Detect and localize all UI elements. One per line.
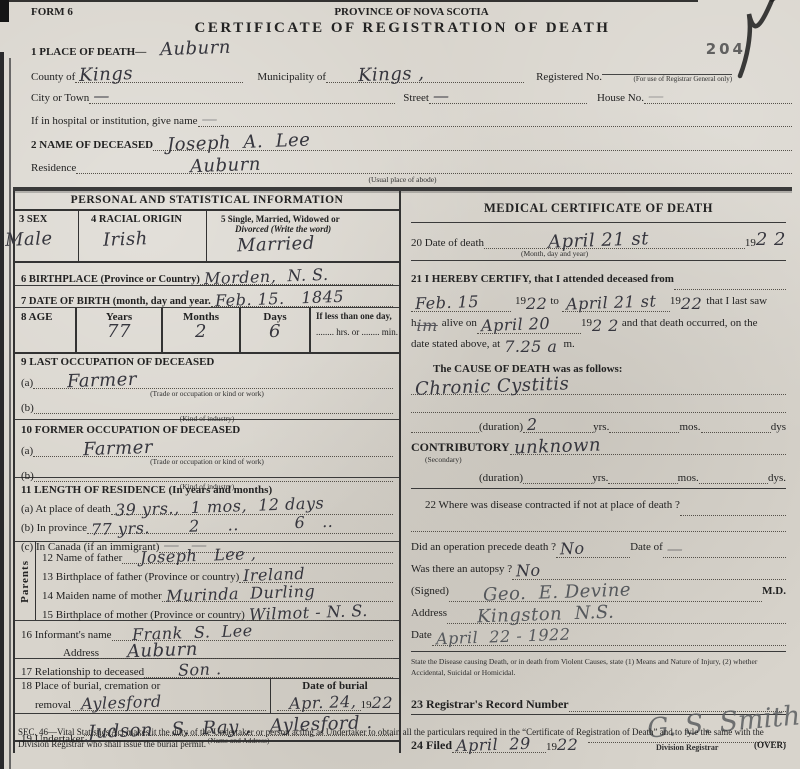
residence-length-title: 11 LENGTH OF RESIDENCE (In years and mon… [21,484,393,496]
informant-block: 16 Informant's name Frank S. Lee Address… [15,621,399,659]
burial-place-label-1: 18 Place of burial, cremation or [21,680,266,692]
burial-date-value: Apr. 24, [289,694,357,712]
scan-top-edge [0,0,698,2]
vital-statistics-note: SEC. 46—Vital Statistics Act makes it th… [18,726,786,750]
cause-title: The CAUSE OF DEATH was as follows: [411,363,786,375]
dod-year-prefix: 19 [745,237,756,249]
occ10b-label: (b) [21,470,34,482]
relationship-value: Son . [178,662,222,680]
birthplace-label: 6 BIRTHPLACE (Province or Country) [21,274,200,285]
operation-date-value: — [667,539,684,558]
duration2-label: (duration) [479,472,523,484]
time-of-death-value: 7.25 a [504,339,557,355]
tail1-text: and that death occurred, on the [622,313,758,334]
street-value: — [433,86,450,105]
marital-label-line1: 5 Single, Married, Widowed or [207,214,399,224]
operation-date-label: Date of [630,537,663,558]
form-header-row: FORM 6 PROVINCE OF NOVA SCOTIA [13,6,792,18]
yr3-value: 2 2 [592,318,619,334]
age-days-value: 6 [269,323,281,341]
sex-racial-marital-row: 3 SEX Male 4 RACIAL ORIGIN Irish 5 Singl… [15,211,399,263]
occ9a-value: Farmer [67,371,138,391]
province-heading: PROVINCE OF NOVA SCOTIA [181,6,642,18]
document-title: CERTIFICATE OF REGISTRATION OF DEATH [13,20,792,37]
yr2-value: 22 [681,296,702,312]
racial-origin-value: Irish [103,231,148,251]
name-of-deceased-row: 2 NAME OF DECEASED Joseph A. Lee [13,131,792,151]
occ9a-label: (a) [21,377,33,389]
md-label: M.D. [762,581,786,602]
county-row: County of Kings Municipality of Kings , … [13,62,792,83]
burial-row: 18 Place of burial, cremation or removal… [15,679,399,714]
length-of-residence-block: 11 LENGTH OF RESIDENCE (In years and mon… [15,478,399,542]
mos2-label: mos. [678,472,699,484]
name-of-deceased-label: 2 NAME OF DECEASED [31,139,153,151]
mother-birthplace-value: Wilmot - N. S. [249,603,368,623]
yrs-label: yrs. [593,421,609,433]
place-of-death-value: Auburn [160,39,231,59]
date-of-death-block: 20 Date of death April 21 st 19 2 2 (Mon… [411,223,786,261]
city-value: — [93,86,110,105]
parents-label: Parents [19,560,31,603]
operation-label: Did an operation precede death ? [411,537,556,558]
over-label: (OVER) [754,740,786,750]
sex-label: 3 SEX [15,214,78,225]
registered-no-note: (For use of Registrar General only) [602,75,732,83]
relationship-label: 17 Relationship to deceased [21,666,144,678]
age-label: 8 AGE [21,311,52,323]
attended-to-value: April 21 st [566,294,657,313]
birthplace-value: Morden, N. S. [204,267,329,287]
occ9b-label: (b) [21,402,34,414]
medical-section-title: MEDICAL CERTIFICATE OF DEATH [411,191,786,223]
certificate-date-label: Date [411,625,432,646]
registered-no-field [602,62,732,75]
city-label: City or Town [31,92,89,104]
residence-row: Residence Auburn [13,154,792,174]
sex-value: Male [5,231,53,251]
physician-address-label: Address [411,603,447,624]
m-label: m. [563,334,574,355]
certify-paragraph: 21 I HEREBY CERTIFY, that I attended dec… [411,269,786,355]
disease-questions-block: 22 Where was disease contracted if not a… [411,495,786,652]
form-number: FORM 6 [13,6,181,18]
tail2-text: date stated above, at [411,334,500,355]
place-of-death-label: 1 PLACE OF DEATH— [31,46,146,58]
autopsy-value: No [516,563,541,580]
name-of-deceased-value: Joseph A. Lee [167,132,311,155]
operation-value: No [560,541,585,558]
age-table: 8 AGE Years 77 Months 2 Days 6 [15,308,399,354]
contributory-label: CONTRIBUTORY [411,440,510,455]
date-of-birth-row: 7 DATE OF BIRTH (month, day and year. Fe… [15,286,399,308]
lastsaw-text: that I last saw [706,291,767,312]
res-a-label: (a) At place of death [21,503,111,515]
house-no-label: House No. [597,92,644,104]
birthplace-row: 6 BIRTHPLACE (Province or Country) Morde… [15,263,399,286]
house-no-value: — [648,86,665,105]
personal-statistical-section: PERSONAL AND STATISTICAL INFORMATION 3 S… [13,191,401,752]
date-of-birth-label: 7 DATE OF BIRTH (month, day and year. [21,296,211,307]
dys-label: dys [771,421,786,433]
last-occupation-title: 9 LAST OCCUPATION OF DECEASED [21,356,393,368]
scan-corner-mark [0,0,9,22]
age-years-value: 77 [107,323,131,341]
death-certificate-document: 204 FORM 6 PROVINCE OF NOVA SCOTIA CERTI… [0,0,800,769]
dod-year-value: 2 2 [756,231,786,249]
burial-place-value: Aylesford [81,694,162,713]
county-value: Kings [79,65,134,85]
burial-year-value: 22 [372,695,393,711]
father-birthplace-label: 13 Birthplace of father (Province or cou… [42,571,239,583]
father-name-label: 12 Name of father [42,552,122,564]
age-months-value: 2 [195,323,207,341]
occ10a-value: Farmer [83,439,154,459]
racial-origin-label: 4 RACIAL ORIGIN [79,214,206,225]
date-of-death-label: 20 Date of death [411,237,484,249]
personal-section-title: PERSONAL AND STATISTICAL INFORMATION [15,191,399,211]
former-occupation-block: 10 FORMER OCCUPATION OF DECEASED (a) Far… [15,420,399,478]
last-seen-value: April 20 [481,316,551,334]
marital-value: Married [237,235,315,256]
alive-on-text: alive on [442,313,477,334]
cause-of-death-block: The CAUSE OF DEATH was as follows: Chron… [411,363,786,489]
residence-value: Auburn [190,156,261,176]
county-label: County of [31,71,75,83]
disease-note: State the Disease causing Death, or in d… [411,657,786,677]
to-word: to [550,291,559,312]
yr1-value: 22 [526,296,547,312]
hospital-row: If in hospital or institution, give name… [13,108,792,127]
municipality-label: Municipality of [257,71,326,83]
street-label: Street [403,92,429,104]
mos-label: mos. [679,421,700,433]
attended-from-value: Feb. 15 [415,294,479,312]
informant-address-label: Address [63,647,99,659]
contributory-note: (Secondary) [411,455,786,464]
registrar-record-label: 23 Registrar's Record Number [411,697,569,712]
parents-strip: Parents [15,542,36,620]
registered-no-label: Registered No. [536,71,602,83]
informant-label: 16 Informant's name [21,629,112,641]
burial-date-label: Date of burial [277,680,393,692]
occ10a-note: (Trade or occupation or kind of work) [21,457,393,466]
former-occupation-title: 10 FORMER OCCUPATION OF DECEASED [21,424,393,436]
page-left-border [9,58,11,769]
date-of-death-value: April 21 st [548,231,650,253]
contributory-value: unknown [513,437,601,458]
medical-certificate-section: MEDICAL CERTIFICATE OF DEATH 20 Date of … [401,191,792,752]
burial-year-prefix: 19 [361,699,372,711]
hospital-label: If in hospital or institution, give name [31,115,198,127]
occ10a-label: (a) [21,445,33,457]
yr2-prefix: 19 [670,291,681,312]
signed-label: (Signed) [411,581,449,602]
duration-label: (duration) [479,421,523,433]
residence-label: Residence [31,162,76,174]
age-less-than-day-sub: ........ hrs. or ........ min. [316,327,398,337]
q22-text: 22 Where was disease contracted if not a… [411,495,680,516]
age-less-than-day-label: If less than one day, [316,311,392,321]
yr1-prefix: 19 [515,291,526,312]
dys2-label: dys. [768,472,786,484]
him-handwritten: im [417,318,438,334]
last-occupation-block: 9 LAST OCCUPATION OF DECEASED (a) Farmer… [15,354,399,420]
res-b-label: (b) In province [21,522,87,534]
yrs2-label: yrs. [592,472,608,484]
place-of-death-row: 1 PLACE OF DEATH— Auburn [13,40,792,58]
municipality-value: Kings , [358,65,425,85]
burial-place-label-2: removal [35,699,71,711]
relationship-row: 17 Relationship to deceased Son . [15,659,399,679]
scan-left-edge [0,52,4,769]
duration-value: 2 [527,417,538,433]
date-of-birth-value: Feb. 15. 1845 [214,289,344,309]
mother-birthplace-label: 15 Birthplace of mother (Province or cou… [42,609,245,621]
mother-name-label: 14 Maiden name of mother [42,590,162,602]
autopsy-label: Was there an autopsy ? [411,559,512,580]
yr3-prefix: 19 [581,313,592,334]
certify-intro: 21 I HEREBY CERTIFY, that I attended dec… [411,269,674,290]
abode-note: (Usual place of abode) [13,175,792,184]
city-row: City or Town — Street — House No. — [13,85,792,104]
physician-address-value: Kingston N.S. [477,604,615,627]
parents-block: Parents 12 Name of father Joseph Lee , 1… [15,542,399,621]
certificate-date-value: April 22 - 1922 [436,627,571,648]
